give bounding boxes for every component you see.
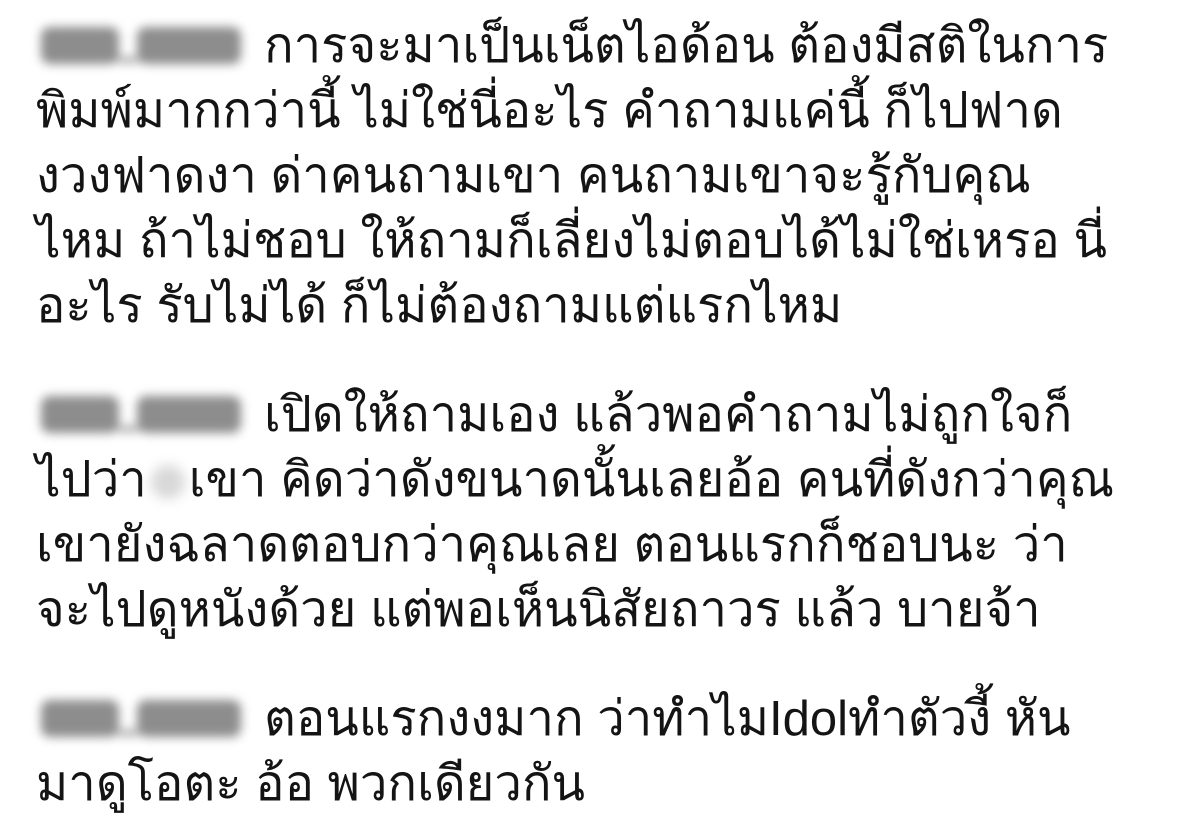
comment-line: พิมพ์มากกว่านี้ ไม่ใช่นี่อะไร คำถามแค่นี…	[36, 79, 1182, 144]
comment-1: การจะมาเป็นเน็ตไอด้อน ต้องมีสติในการ พิม…	[36, 14, 1182, 339]
comment-text: เปิดให้ถามเอง แล้วพอคำถามไม่ถูกใจก็	[264, 388, 1072, 442]
comment-line: จะไปดูหนังด้วย แต่พอเห็นนิสัยถาวร แล้ว บ…	[36, 578, 1182, 643]
comment-line: ไปว่าเขา คิดว่าดังขนาดนั้นเลยอ้อ คนที่ดั…	[36, 448, 1182, 513]
username-blur-segment	[137, 396, 241, 433]
comment-3: ตอนแรกงงมาก ว่าทำไมIdolทำตัวงี้ หัน มาดู…	[36, 687, 1182, 817]
username-underscore	[119, 730, 137, 736]
username-blur-segment	[41, 700, 119, 737]
blurred-username[interactable]	[36, 697, 248, 743]
comment-line: เปิดให้ถามเอง แล้วพอคำถามไม่ถูกใจก็	[36, 383, 1182, 448]
blurred-username[interactable]	[36, 24, 248, 70]
comment-text: ไปว่า	[36, 453, 147, 507]
blurred-username[interactable]	[36, 393, 248, 439]
comment-text: เขา คิดว่าดังขนาดนั้นเลยอ้อ คนที่ดังกว่า…	[189, 453, 1114, 507]
username-blur-segment	[137, 27, 241, 64]
comment-line: งวงฟาดงา ด่าคนถามเขา คนถามเขาจะรู้กับคุณ	[36, 144, 1182, 209]
username-underscore	[119, 57, 137, 63]
comment-line: ตอนแรกงงมาก ว่าทำไมIdolทำตัวงี้ หัน	[36, 687, 1182, 752]
username-blur-segment	[41, 396, 119, 433]
censored-word-blur	[151, 465, 185, 499]
username-blur-segment	[41, 27, 119, 64]
comment-text: การจะมาเป็นเน็ตไอด้อน ต้องมีสติในการ	[264, 19, 1108, 73]
comment-line: อะไร รับไม่ได้ ก็ไม่ต้องถามแต่แรกไหม	[36, 274, 1182, 339]
comment-2: เปิดให้ถามเอง แล้วพอคำถามไม่ถูกใจก็ ไปว่…	[36, 383, 1182, 643]
comment-text: ตอนแรกงงมาก ว่าทำไมIdolทำตัวงี้ หัน	[264, 692, 1071, 746]
comment-line: การจะมาเป็นเน็ตไอด้อน ต้องมีสติในการ	[36, 14, 1182, 79]
comment-line: เขายังฉลาดตอบกว่าคุณเลย ตอนแรกก็ชอบนะ ว่…	[36, 513, 1182, 578]
comment-line: มาดูโอตะ อ้อ พวกเดียวกัน	[36, 752, 1182, 817]
username-underscore	[119, 426, 137, 432]
comments-panel: การจะมาเป็นเน็ตไอด้อน ต้องมีสติในการ พิม…	[0, 0, 1200, 820]
comment-line: ไหม ถ้าไม่ชอบ ให้ถามก็เลี่ยงไม่ตอบได้ไม่…	[36, 209, 1182, 274]
username-blur-segment	[137, 700, 241, 737]
